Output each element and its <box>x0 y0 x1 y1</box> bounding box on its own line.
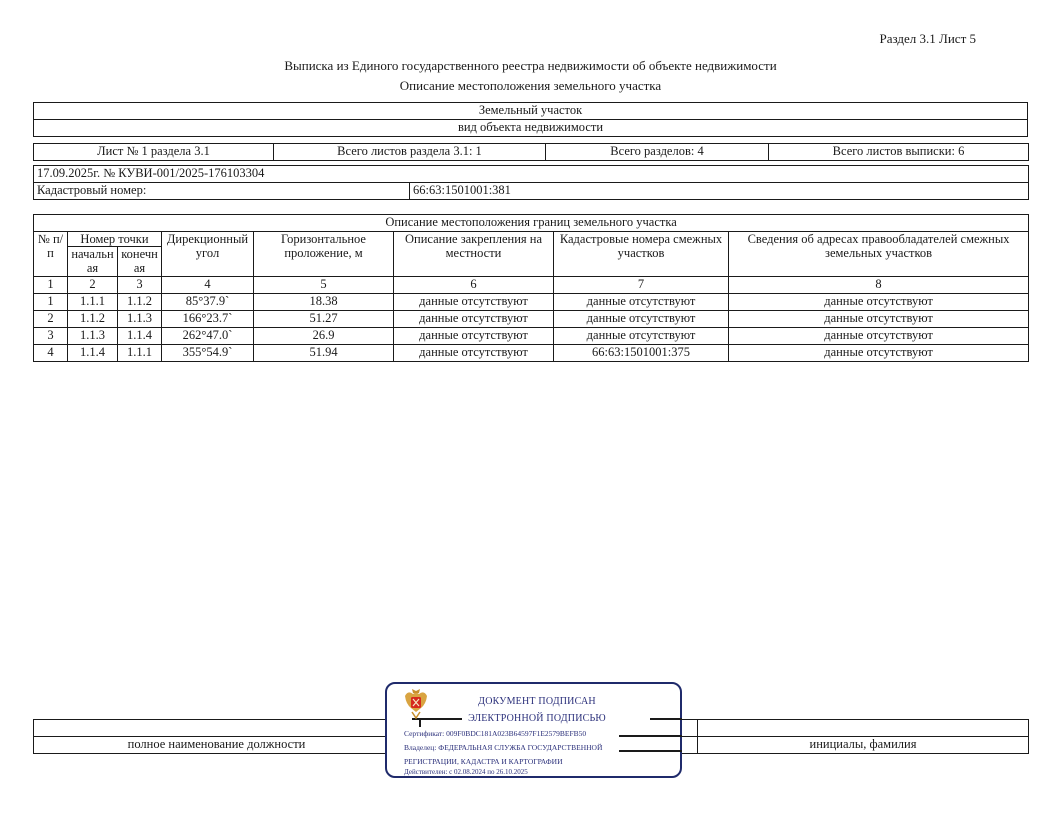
table-row: 1 1.1.1 1.1.2 85°37.9` 18.38 данные отсу… <box>34 294 1029 311</box>
cell-start: 1.1.3 <box>68 328 118 345</box>
boundaries-table: Описание местоположения границ земельног… <box>33 214 1029 362</box>
cell-num: 1 <box>34 294 68 311</box>
header-adjacent: Кадастровые номера смежных участков <box>554 232 729 277</box>
cell-end: 1.1.4 <box>118 328 162 345</box>
cell-addresses: данные отсутствуют <box>729 328 1029 345</box>
table-row: 4 1.1.4 1.1.1 355°54.9` 51.94 данные отс… <box>34 345 1029 362</box>
extract-info-table: 17.09.2025г. № КУВИ-001/2025-176103304 К… <box>33 165 1029 200</box>
column-number: 7 <box>554 277 729 294</box>
header-fixing: Описание закрепления на местности <box>394 232 554 277</box>
cell-adjacent: данные отсутствуют <box>554 311 729 328</box>
stamp-line <box>619 750 682 752</box>
cell-fixing: данные отсутствуют <box>394 328 554 345</box>
position-field <box>34 720 400 737</box>
cell-distance: 18.38 <box>254 294 394 311</box>
electronic-signature-stamp: ДОКУМЕНТ ПОДПИСАН ЭЛЕКТРОННОЙ ПОДПИСЬЮ С… <box>385 682 682 778</box>
object-type: Земельный участок <box>34 103 1028 120</box>
name-label: инициалы, фамилия <box>698 737 1029 754</box>
document-title: Выписка из Единого государственного реес… <box>0 58 1061 74</box>
header-num: № п/п <box>34 232 68 277</box>
cell-fixing: данные отсутствуют <box>394 311 554 328</box>
cell-distance: 51.94 <box>254 345 394 362</box>
stamp-certificate: Сертификат: 009F0BDC181A023B64597F1E2579… <box>404 729 586 738</box>
column-number: 4 <box>162 277 254 294</box>
column-number: 1 <box>34 277 68 294</box>
table-row: 2 1.1.2 1.1.3 166°23.7` 51.27 данные отс… <box>34 311 1029 328</box>
header-end-point: конечн ая <box>118 247 162 277</box>
cell-distance: 26.9 <box>254 328 394 345</box>
position-label: полное наименование должности <box>34 737 400 754</box>
object-type-label: вид объекта недвижимости <box>34 120 1028 137</box>
cell-num: 2 <box>34 311 68 328</box>
cell-fixing: данные отсутствуют <box>394 294 554 311</box>
cadastral-number-label: Кадастровый номер: <box>34 183 410 200</box>
cell-end: 1.1.3 <box>118 311 162 328</box>
cell-adjacent: данные отсутствуют <box>554 294 729 311</box>
boundaries-caption: Описание местоположения границ земельног… <box>34 215 1029 232</box>
document-subtitle: Описание местоположения земельного участ… <box>0 78 1061 94</box>
stamp-line <box>619 735 682 737</box>
stamp-line <box>650 718 682 720</box>
header-addresses: Сведения об адресах правообладателей сме… <box>729 232 1029 277</box>
extract-date-number: 17.09.2025г. № КУВИ-001/2025-176103304 <box>34 166 1029 183</box>
cell-num: 4 <box>34 345 68 362</box>
cell-start: 1.1.1 <box>68 294 118 311</box>
extract-sheets-total: Всего листов выписки: 6 <box>769 144 1029 161</box>
stamp-owner-continued: РЕГИСТРАЦИИ, КАДАСТРА И КАРТОГРАФИИ <box>404 757 563 766</box>
section-sheets-total: Всего листов раздела 3.1: 1 <box>274 144 546 161</box>
cadastral-number-value: 66:63:1501001:381 <box>410 183 1029 200</box>
cell-angle: 166°23.7` <box>162 311 254 328</box>
cell-angle: 262°47.0` <box>162 328 254 345</box>
cell-end: 1.1.1 <box>118 345 162 362</box>
cell-angle: 355°54.9` <box>162 345 254 362</box>
cell-distance: 51.27 <box>254 311 394 328</box>
column-number: 3 <box>118 277 162 294</box>
sections-total: Всего разделов: 4 <box>546 144 769 161</box>
header-start-point: начальн ая <box>68 247 118 277</box>
name-field <box>698 720 1029 737</box>
stamp-owner: Владелец: ФЕДЕРАЛЬНАЯ СЛУЖБА ГОСУДАРСТВЕ… <box>404 743 602 752</box>
column-number: 6 <box>394 277 554 294</box>
cell-fixing: данные отсутствуют <box>394 345 554 362</box>
cell-angle: 85°37.9` <box>162 294 254 311</box>
column-number: 2 <box>68 277 118 294</box>
header-angle: Дирекционный угол <box>162 232 254 277</box>
cell-start: 1.1.4 <box>68 345 118 362</box>
stamp-line-1: ДОКУМЕНТ ПОДПИСАН <box>447 696 627 707</box>
cell-addresses: данные отсутствуют <box>729 345 1029 362</box>
cell-addresses: данные отсутствуют <box>729 311 1029 328</box>
cell-num: 3 <box>34 328 68 345</box>
cell-addresses: данные отсутствуют <box>729 294 1029 311</box>
column-number: 5 <box>254 277 394 294</box>
object-type-table: Земельный участок вид объекта недвижимос… <box>33 102 1028 137</box>
stamp-validity: Действителен: с 02.08.2024 по 26.10.2025 <box>404 768 528 776</box>
cell-adjacent: 66:63:1501001:375 <box>554 345 729 362</box>
cell-start: 1.1.2 <box>68 311 118 328</box>
sheet-reference: Раздел 3.1 Лист 5 <box>880 31 977 47</box>
sheets-info-table: Лист № 1 раздела 3.1 Всего листов раздел… <box>33 143 1029 161</box>
header-distance: Горизонтальное проложение, м <box>254 232 394 277</box>
cell-end: 1.1.2 <box>118 294 162 311</box>
column-number: 8 <box>729 277 1029 294</box>
header-point-number: Номер точки <box>68 232 162 247</box>
stamp-line-2: ЭЛЕКТРОННОЙ ПОДПИСЬЮ <box>447 713 627 724</box>
table-row: 3 1.1.3 1.1.4 262°47.0` 26.9 данные отсу… <box>34 328 1029 345</box>
coat-of-arms-icon <box>402 688 430 720</box>
cell-adjacent: данные отсутствуют <box>554 328 729 345</box>
sheet-number: Лист № 1 раздела 3.1 <box>34 144 274 161</box>
